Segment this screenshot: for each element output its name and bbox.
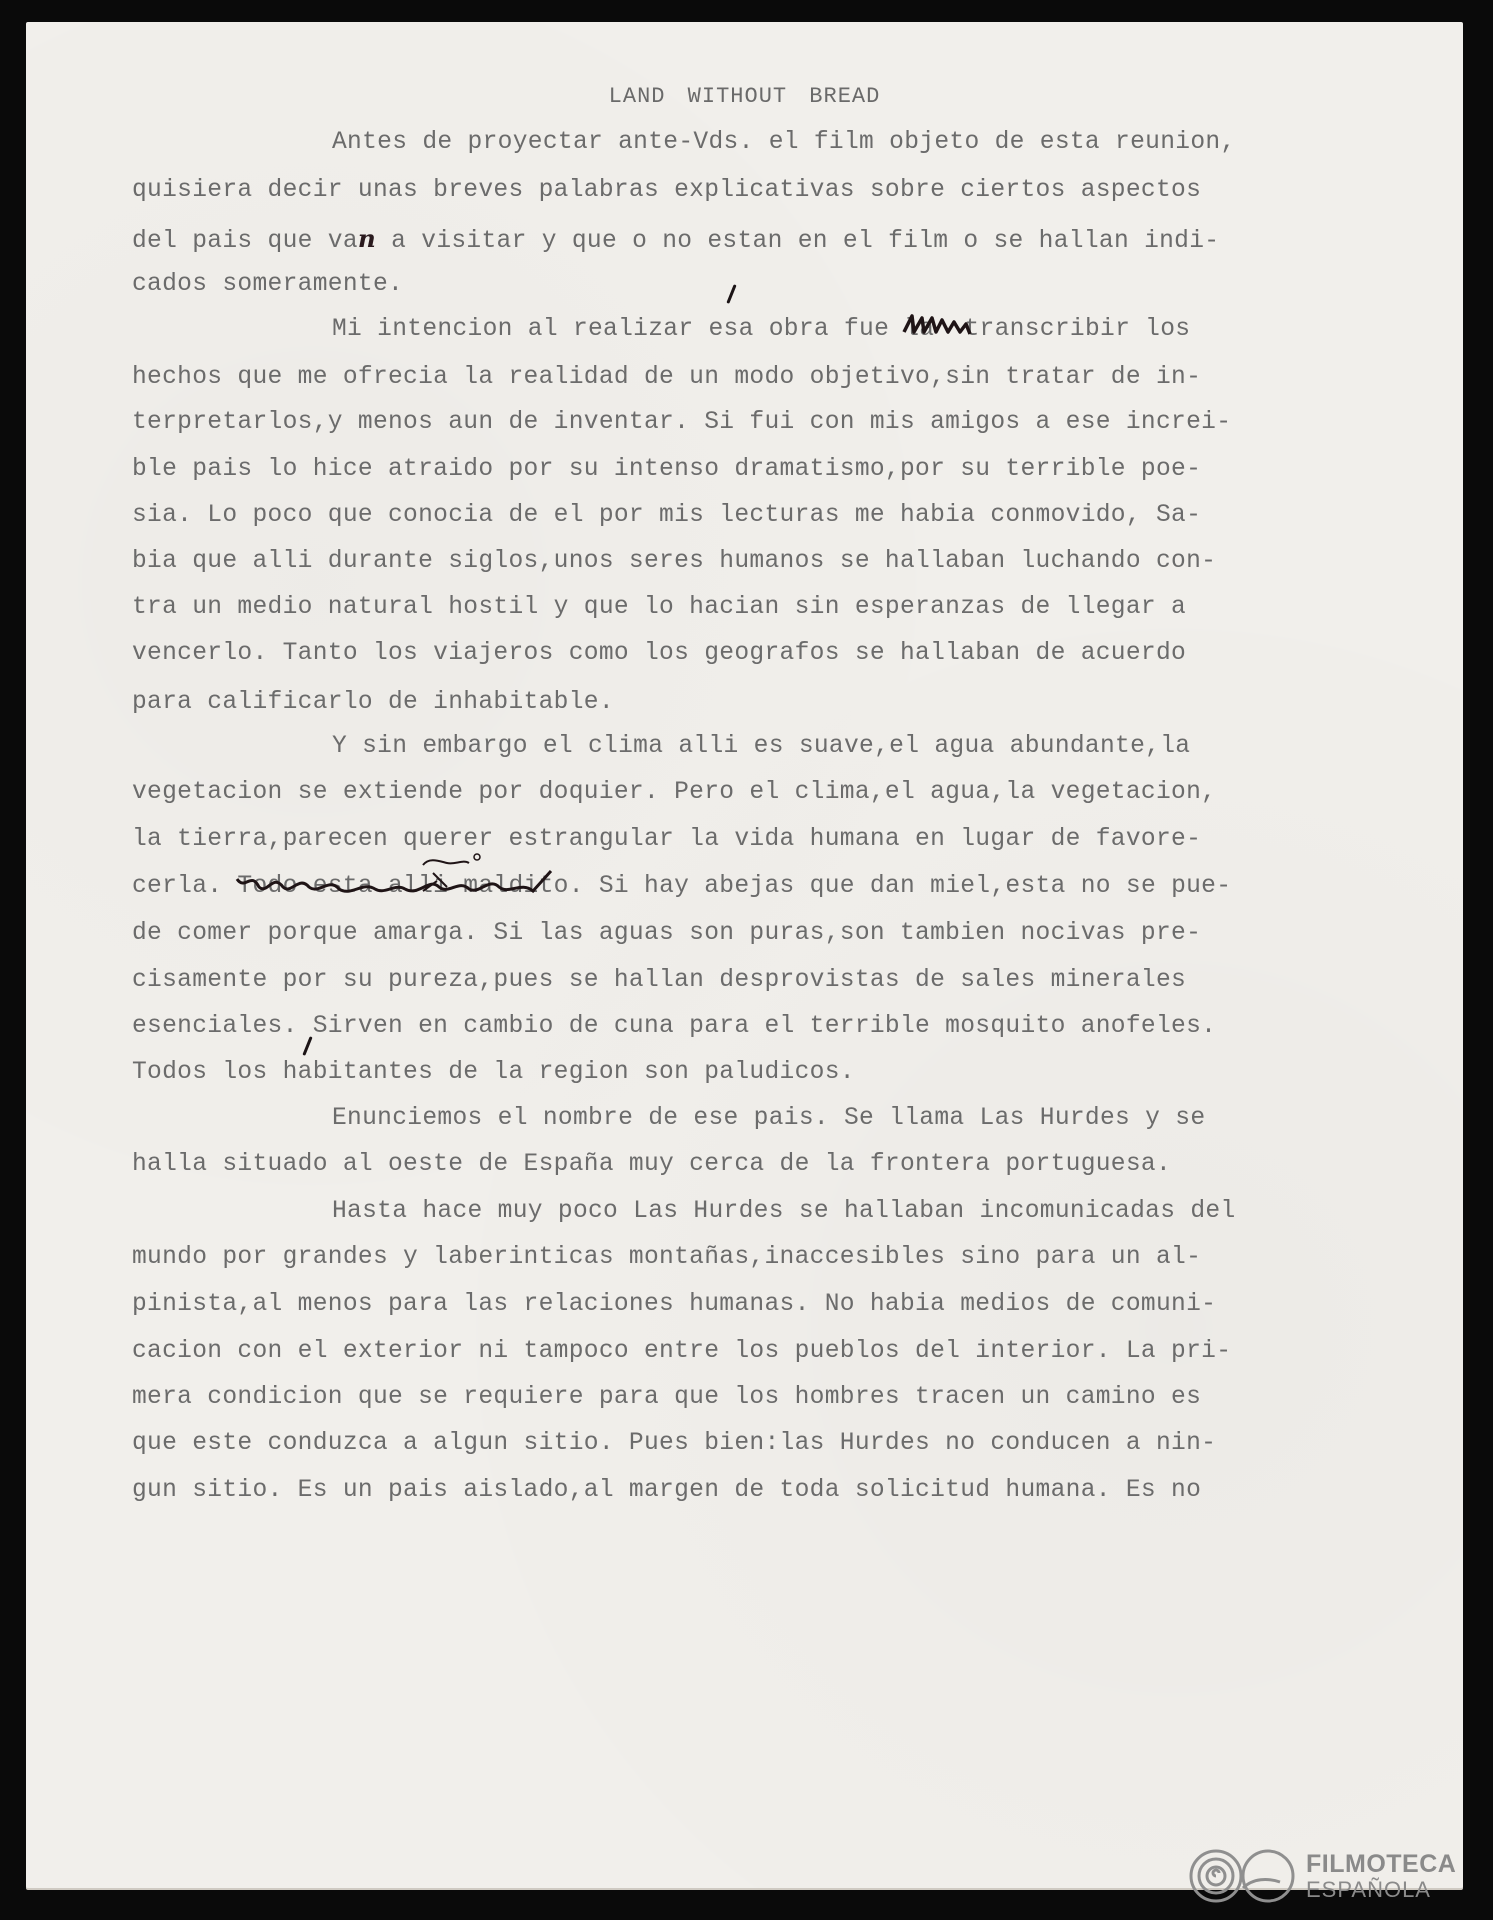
text-segment: del pais que va: [132, 228, 358, 255]
text-line: halla situado al oeste de España muy cer…: [132, 1151, 1171, 1178]
document-title: LAND WITHOUT BREAD: [26, 84, 1463, 109]
watermark-line2: ESPAÑOLA: [1306, 1879, 1456, 1901]
text-line: gun sitio. Es un pais aislado,al margen …: [132, 1477, 1201, 1504]
text-line: hechos que me ofrecia la realidad de un …: [132, 364, 1201, 391]
text-line: mera condicion que se requiere para que …: [132, 1384, 1201, 1411]
text-line: vegetacion se extiende por doquier. Pero…: [132, 779, 1216, 806]
text-segment: a visitar y que o no estan en el film o …: [376, 228, 1219, 255]
text-line: pinista,al menos para las relaciones hum…: [132, 1291, 1216, 1318]
filmoteca-watermark: FILMOTECA ESPAÑOLA: [1188, 1848, 1456, 1904]
spiral-logo-icon: [1188, 1848, 1298, 1904]
handwritten-comma: [726, 284, 736, 304]
struck-word: la: [904, 316, 949, 343]
text-line: vencerlo. Tanto los viajeros como los ge…: [132, 640, 1186, 667]
text-line: bia que alli durante siglos,unos seres h…: [132, 548, 1216, 575]
struck-text: la: [904, 316, 949, 343]
text-line: ble pais lo hice atraido por su intenso …: [132, 456, 1201, 483]
text-line: para calificarlo de inhabitable.: [132, 689, 614, 716]
text-line: terpretarlos,y menos aun de inventar. Si…: [132, 409, 1231, 436]
text-line: de comer porque amarga. Si las aguas son…: [132, 920, 1201, 947]
text-line: cados someramente.: [132, 271, 403, 298]
text-line: cisamente por su pureza,pues se hallan d…: [132, 967, 1186, 994]
text-line: Mi intencion al realizar esa obra fue la…: [332, 316, 1190, 343]
watermark-line1: FILMOTECA: [1306, 1852, 1456, 1877]
text-line: Y sin embargo el clima alli es suave,el …: [332, 733, 1190, 760]
text-line: del pais que van a visitar y que o no es…: [132, 224, 1219, 255]
text-segment: transcribir los: [949, 316, 1190, 343]
text-line: cerla. Todo esta alli maldito. Si hay ab…: [132, 873, 1231, 900]
handwritten-correction: n: [358, 224, 376, 253]
text-line: Enunciemos el nombre de ese pais. Se lla…: [332, 1105, 1205, 1132]
struck-text: Todo esta alli maldito.: [237, 873, 583, 900]
text-line: sia. Lo poco que conocia de el por mis l…: [132, 502, 1201, 529]
text-line: quisiera decir unas breves palabras expl…: [132, 177, 1201, 204]
text-line: tra un medio natural hostil y que lo hac…: [132, 594, 1186, 621]
text-line: Todos los habitantes de la region son pa…: [132, 1059, 855, 1086]
text-segment: cerla.: [132, 873, 237, 900]
text-line: esenciales. Sirven en cambio de cuna par…: [132, 1013, 1216, 1040]
text-line: la tierra,parecen querer estrangular la …: [132, 826, 1201, 853]
document-page: LAND WITHOUT BREAD Antes de proyectar an…: [26, 22, 1463, 1888]
text-line: mundo por grandes y laberinticas montaña…: [132, 1244, 1201, 1271]
struck-phrase: Todo esta alli maldito.: [237, 873, 583, 900]
text-line: Hasta hace muy poco Las Hurdes se hallab…: [332, 1198, 1236, 1225]
text-segment: Si hay abejas que dan miel,esta no se pu…: [584, 873, 1232, 900]
text-line: que este conduzca a algun sitio. Pues bi…: [132, 1430, 1216, 1457]
text-line: cacion con el exterior ni tampoco entre …: [132, 1338, 1231, 1365]
text-segment: Mi intencion al realizar esa obra fue: [332, 316, 904, 343]
text-line: Antes de proyectar ante-Vds. el film obj…: [332, 129, 1236, 156]
